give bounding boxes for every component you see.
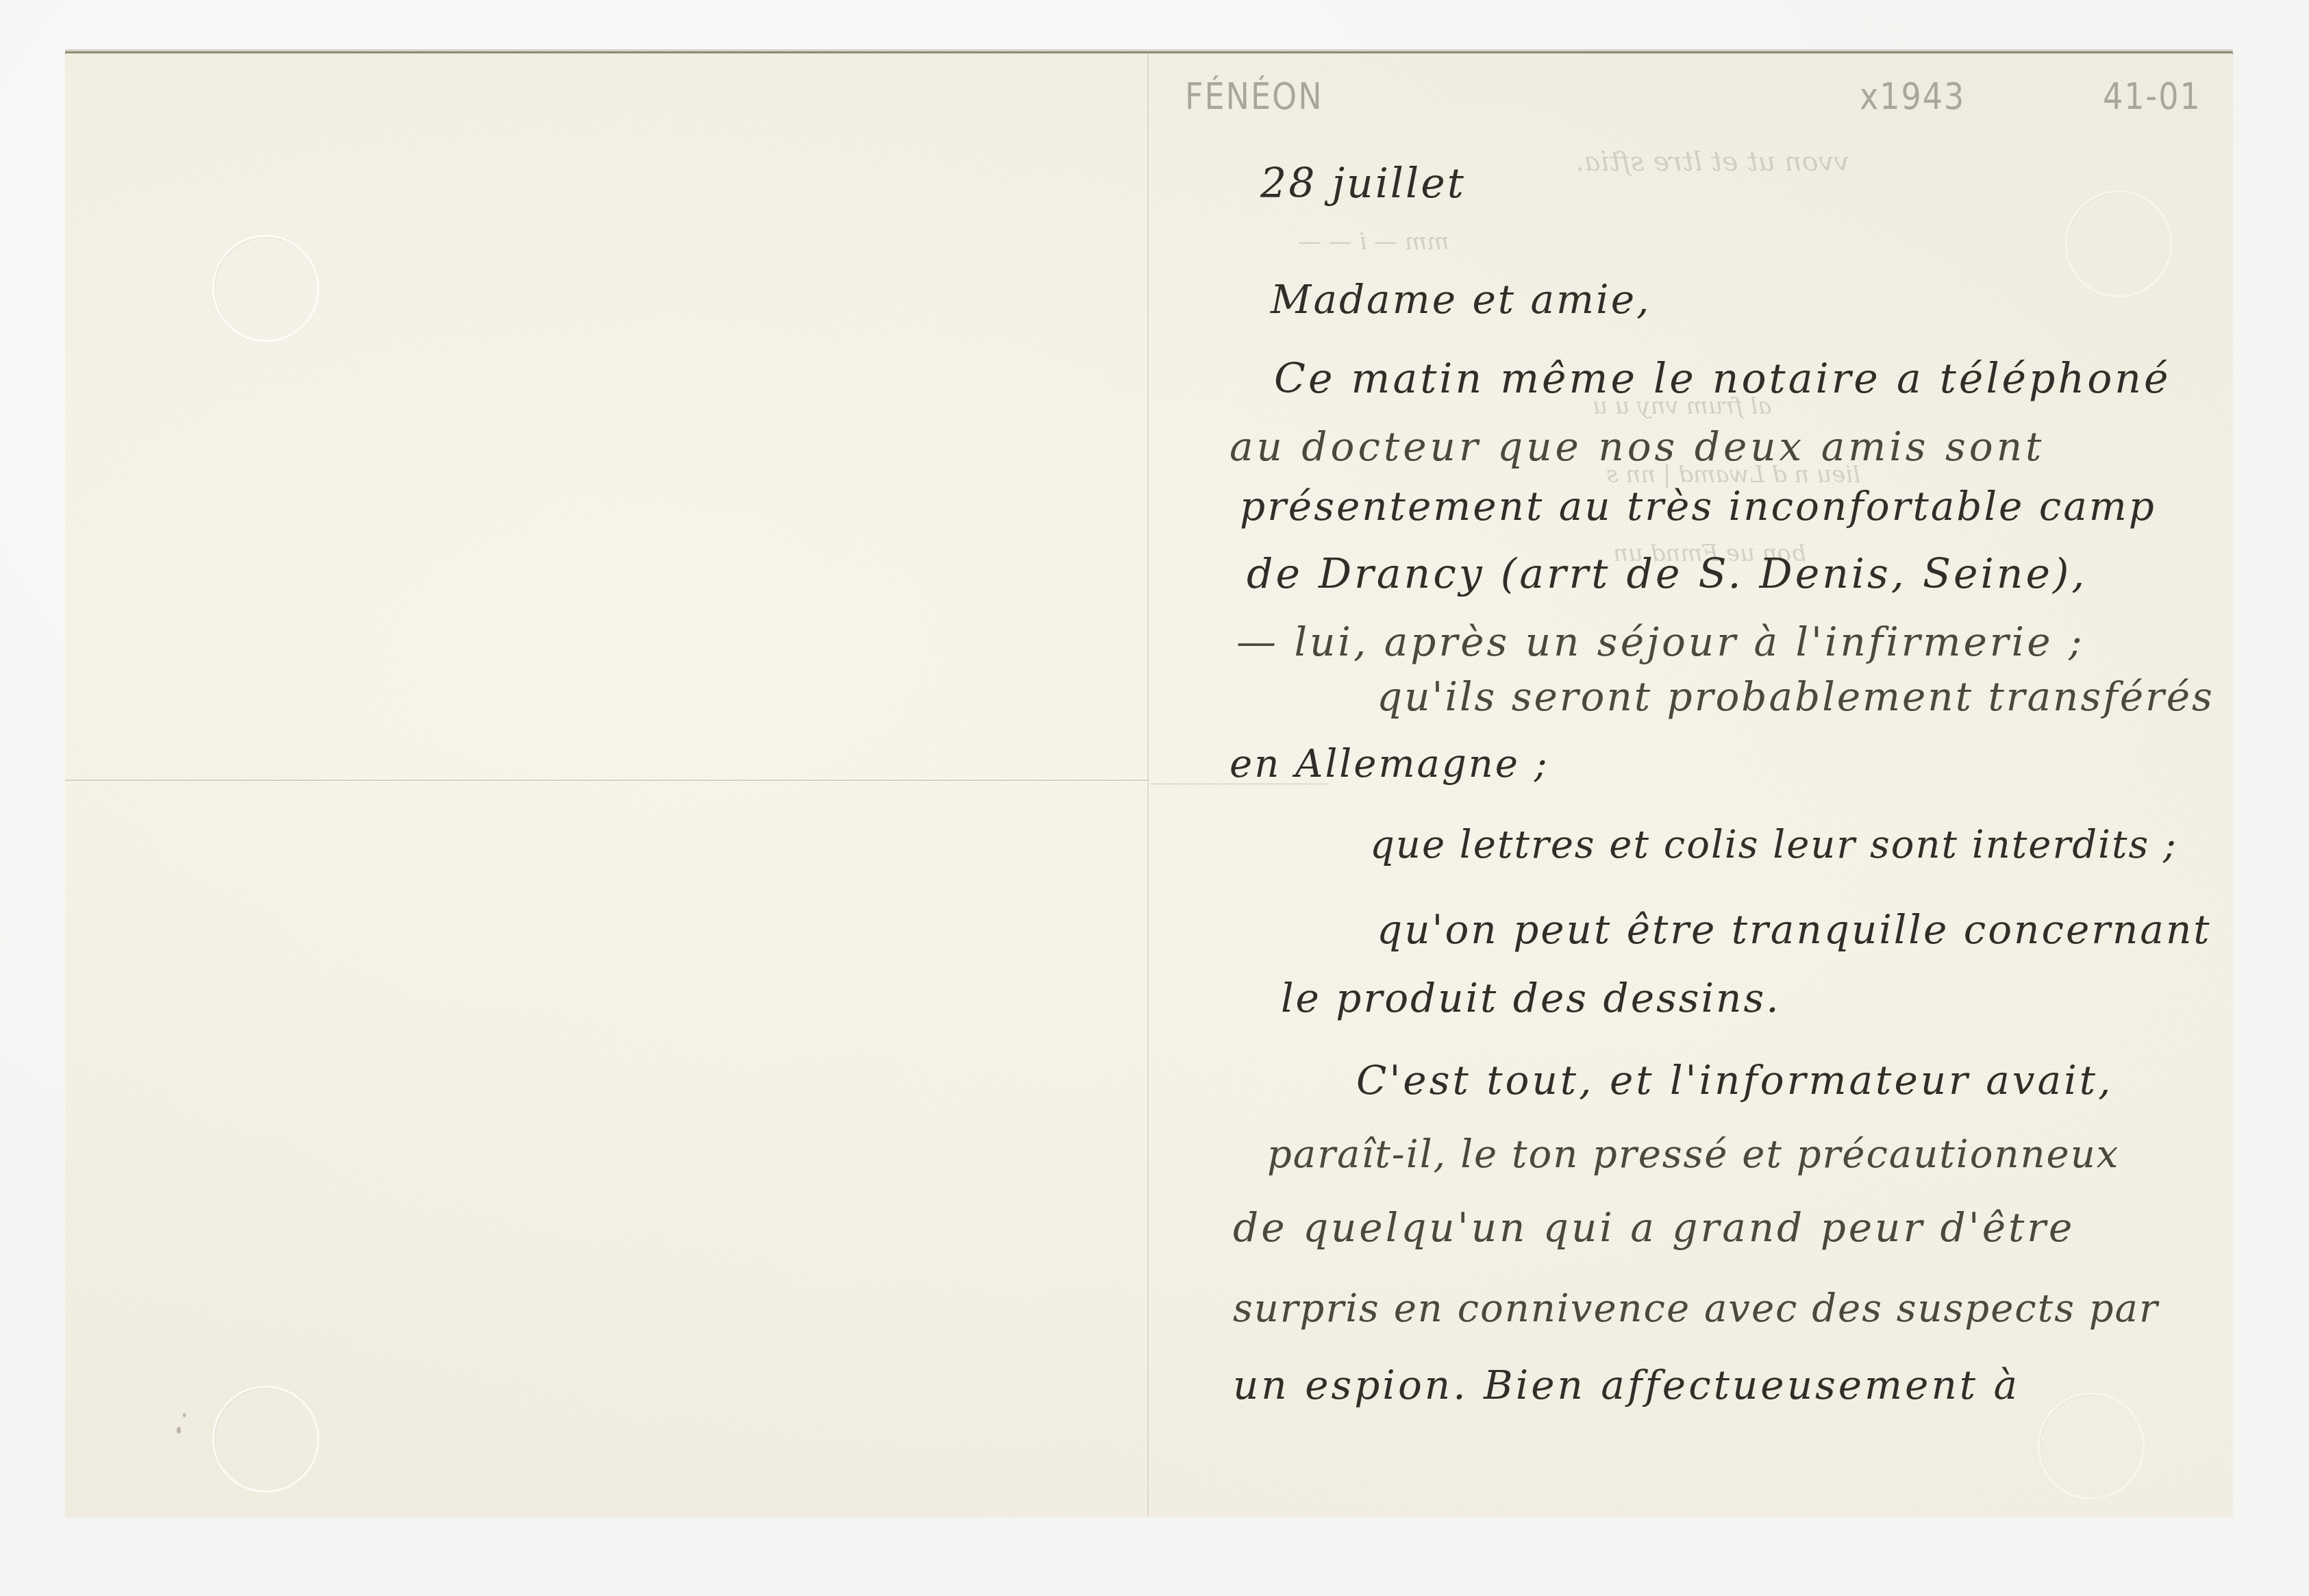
- archival-year-annotation: x1943: [1860, 75, 1965, 118]
- emboss-mark-right-top: [2065, 190, 2172, 297]
- letter-line: que lettres et colis leur sont interdits…: [1370, 826, 2177, 864]
- emboss-mark-right-bottom: [2038, 1393, 2145, 1499]
- letter-line: paraît-il, le ton pressé et précautionne…: [1267, 1136, 2119, 1174]
- ink-speck: [183, 1413, 186, 1417]
- letter-line: C'est tout, et l'informateur avait,: [1356, 1060, 2113, 1100]
- emboss-mark-left-top: [212, 235, 319, 342]
- letter-line: au docteur que nos deux amis sont: [1230, 427, 2045, 466]
- letter-date: 28 juillet: [1260, 163, 1466, 204]
- letter-salutation: Madame et amie,: [1271, 279, 1651, 319]
- letter-line: Ce matin même le notaire a téléphoné: [1274, 358, 2171, 399]
- letter-line: qu'on peut être tranquille concernant: [1377, 910, 2212, 949]
- letter-line: présentement au très inconfortable camp: [1240, 486, 2156, 526]
- letter-line: de quelqu'un qui a grand peur d'être: [1233, 1208, 2075, 1247]
- horizontal-crease-left: [65, 780, 1149, 782]
- letter-line: le produit des dessins.: [1281, 978, 1781, 1018]
- archival-author-annotation: FÉNÉON: [1185, 75, 1323, 118]
- ink-speck: [177, 1427, 181, 1434]
- letter-line: un espion. Bien affectueusement à: [1233, 1365, 2020, 1405]
- archival-reference-annotation: 41-01: [2103, 75, 2201, 118]
- emboss-mark-left-bottom: [212, 1386, 319, 1493]
- letter-sheet: vvon ut et ltre sftia. mm — i — — al fru…: [65, 53, 2233, 1517]
- letter-line: surpris en connivence avec des suspects …: [1233, 1290, 2159, 1328]
- letter-line: qu'ils seront probablement transférés: [1377, 677, 2214, 716]
- center-fold: [1147, 53, 1150, 1517]
- letter-line: de Drancy (arrt de S. Denis, Seine),: [1247, 553, 2087, 595]
- bleed-through-text: vvon ut et ltre sftia.: [1575, 146, 1849, 177]
- bleed-through-text: mm — i — —: [1298, 228, 1449, 255]
- letter-line: — lui, après un séjour à l'infirmerie ;: [1236, 622, 2084, 662]
- letter-line: en Allemagne ;: [1230, 745, 1549, 784]
